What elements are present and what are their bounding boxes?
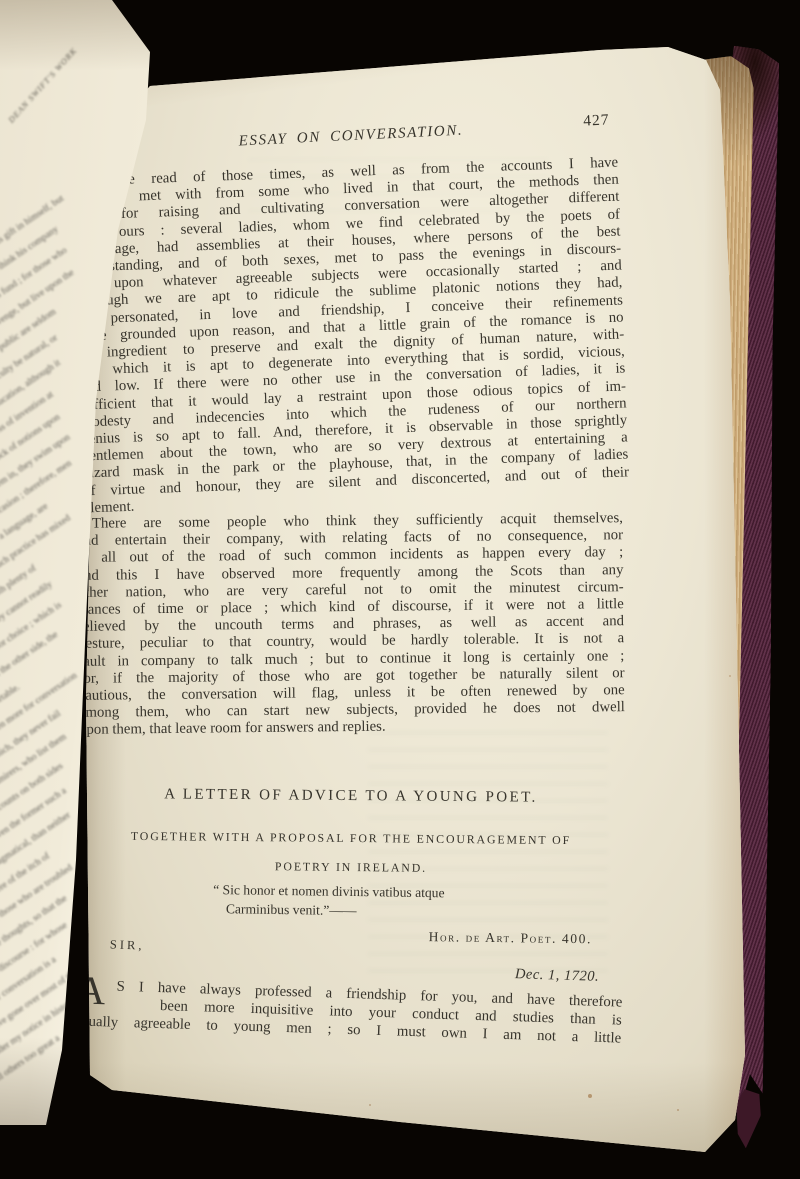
main-page: ESSAY ON CONVERSATION. 427 what we read … (68, 32, 750, 1164)
dateline: Dec. 1, 1720. (515, 966, 600, 986)
section-subtitle-line2: POETRY IN IRELAND. (78, 857, 624, 878)
section-title: A LETTER OF ADVICE TO A YOUNG POET. (78, 786, 624, 808)
running-header: ESSAY ON CONVERSATION. (78, 115, 624, 159)
epigraph-citation: Hor. de Art. Poet. 400. (78, 924, 624, 948)
salutation: SIR, (110, 937, 145, 953)
book-photo-scene: ESSAY ON CONVERSATION. 427 what we read … (0, 0, 800, 1179)
letter-body: S I have always professed a friendship f… (75, 976, 622, 1047)
latin-epigraph: “ Sic honor et nomen divinis vatibus atq… (78, 879, 624, 924)
essay-paragraph-2: There are some people who think they suf… (77, 510, 625, 739)
foxing-specks (588, 1094, 592, 1098)
running-header-row: ESSAY ON CONVERSATION. 427 (78, 115, 624, 159)
facing-page-running-header: DEAN SWIFT'S WORK (6, 45, 79, 124)
essay-paragraph-1: what we read of those times, as well as … (72, 155, 630, 518)
page-number: 427 (583, 111, 610, 130)
section-subtitle-line1: TOGETHER WITH A PROPOSAL FOR THE ENCOURA… (78, 828, 624, 848)
